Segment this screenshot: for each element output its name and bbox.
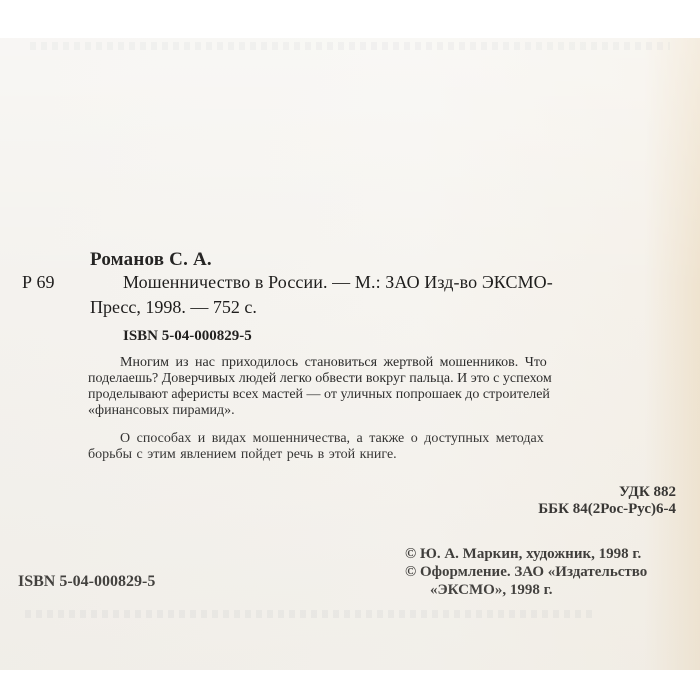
bleed-through-text xyxy=(25,610,595,618)
annotation-line: О способах и видах мошенничества, а такж… xyxy=(120,431,544,447)
bbk-code: ББК 84(2Рос-Рус)6-4 xyxy=(538,501,676,518)
copyright-line: © Оформление. ЗАО «Издательство xyxy=(405,564,647,581)
title-line-1: Мошенничество в России. — М.: ЗАО Изд-во… xyxy=(123,272,553,293)
author-name: Романов С. А. xyxy=(90,249,212,271)
isbn-bottom: ISBN 5-04-000829-5 xyxy=(18,573,155,591)
book-imprint-page: Романов С. А. Р 69 Мошенничество в Росси… xyxy=(0,38,700,670)
annotation-line: поделаешь? Доверчивых людей легко обвест… xyxy=(88,371,552,387)
annotation-line: «финансовых пирамид». xyxy=(88,403,235,419)
bleed-through-text xyxy=(30,42,670,50)
udk-code: УДК 882 xyxy=(619,484,676,501)
isbn-top: ISBN 5-04-000829-5 xyxy=(123,328,252,345)
classification-code: Р 69 xyxy=(22,272,55,293)
annotation-line: борьбы с этим явлением пойдет речь в это… xyxy=(88,447,397,463)
annotation-line: Многим из нас приходилось становиться же… xyxy=(120,355,547,371)
copyright-line: «ЭКСМО», 1998 г. xyxy=(430,582,552,599)
copyright-line: © Ю. А. Маркин, художник, 1998 г. xyxy=(405,546,641,563)
annotation-line: проделывают аферисты всех мастей — от ул… xyxy=(88,387,550,403)
title-line-2: Пресс, 1998. — 752 с. xyxy=(90,297,257,318)
